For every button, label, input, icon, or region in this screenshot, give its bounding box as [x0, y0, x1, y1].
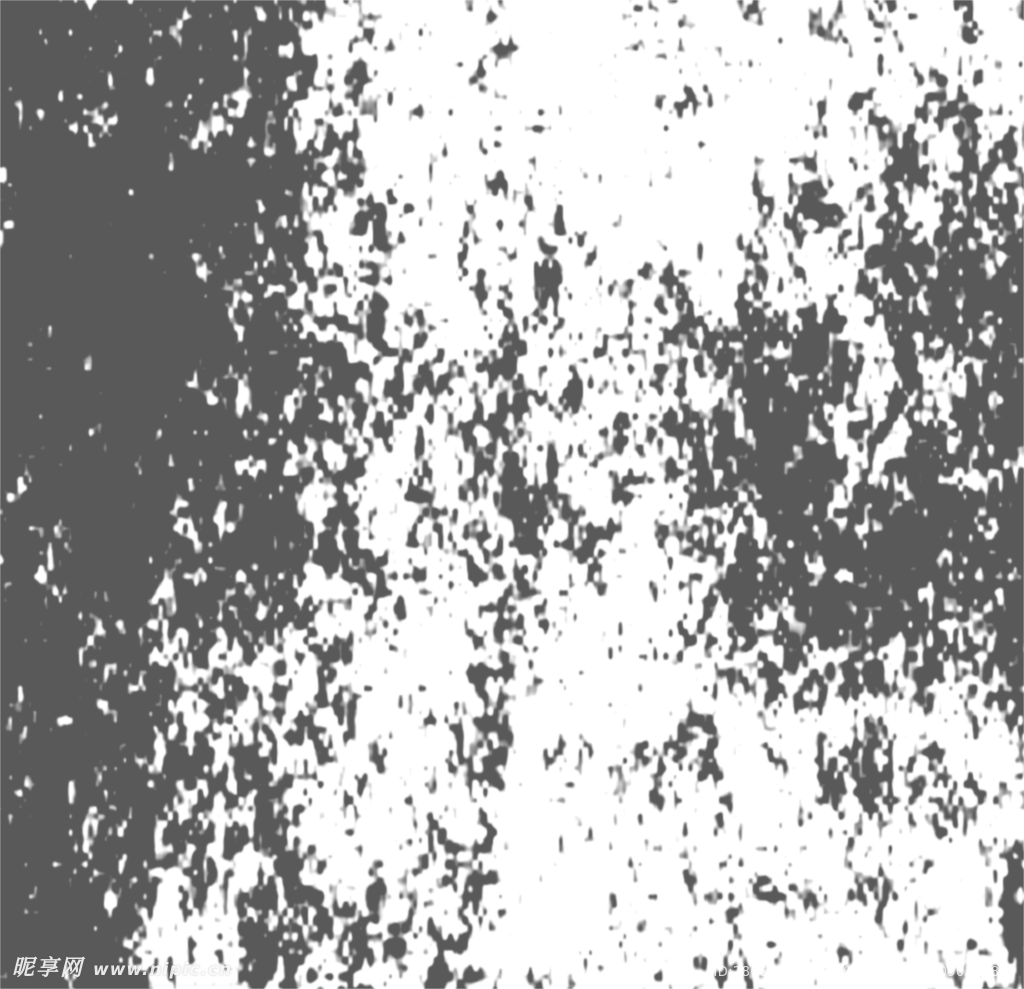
watermark-serial-number: NO:20201218190609034081	[809, 965, 1008, 980]
watermark-id-info: ID:28068298 NO:20201218190609034081	[713, 965, 1008, 980]
watermark-site-url: www.nipic.cn	[93, 960, 232, 980]
watermark-image-id: ID:28068298	[713, 965, 802, 980]
watermark-site-name: 昵享网	[12, 951, 84, 982]
texture-page: 昵享网 www.nipic.cn ID:28068298 NO:20201218…	[0, 0, 1024, 989]
grunge-texture-image	[0, 0, 1024, 989]
watermark-nipic: 昵享网 www.nipic.cn	[12, 951, 232, 982]
